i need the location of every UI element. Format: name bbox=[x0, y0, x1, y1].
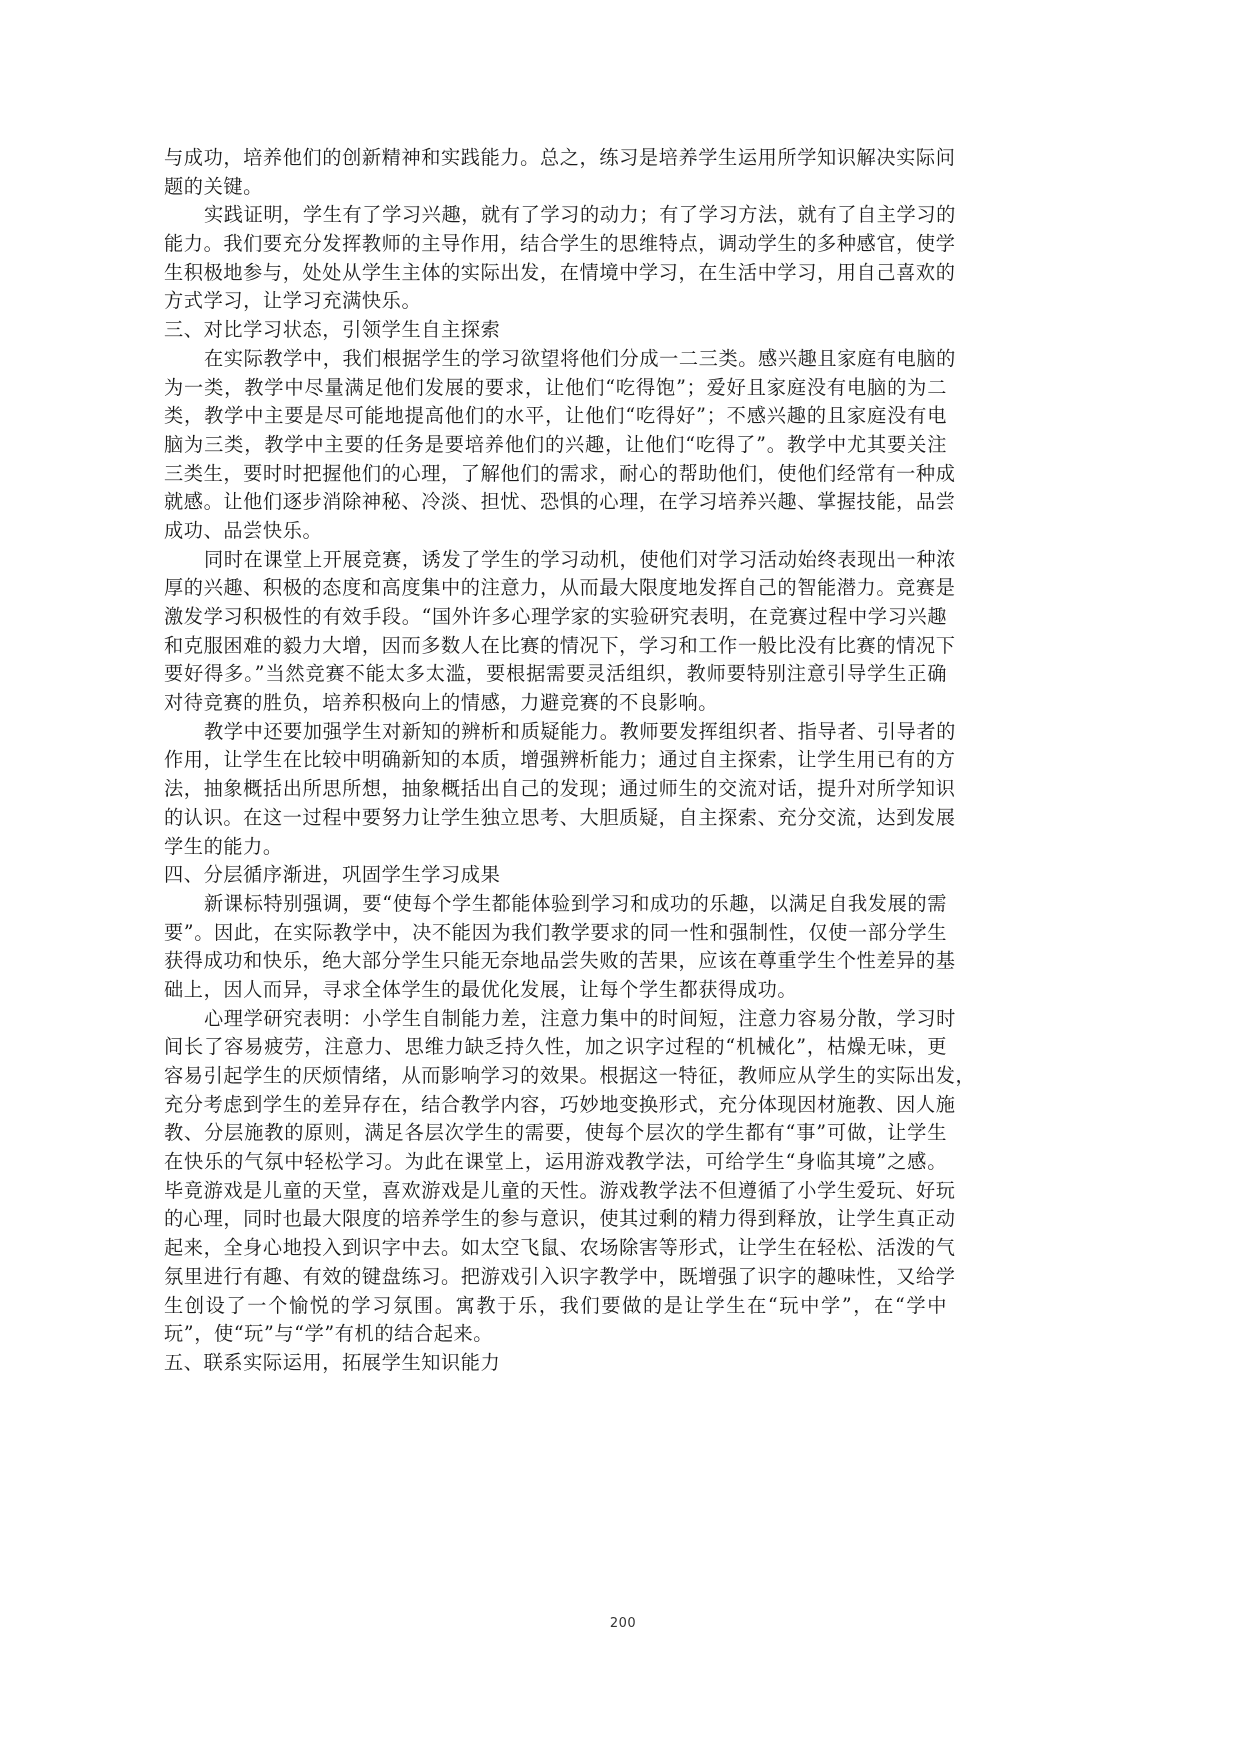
text-line: 方式学习，让学习充满快乐。 bbox=[164, 287, 947, 316]
text-line: 要”。因此，在实际教学中，决不能因为我们教学要求的同一性和强制性，仅使一部分学生 bbox=[164, 919, 947, 948]
text-line: 和克服困难的毅力大增，因而多数人在比赛的情况下，学习和工作一般比没有比赛的情况下 bbox=[164, 632, 947, 661]
text-line: 间长了容易疲劳，注意力、思维力缺乏持久性，加之识字过程的“机械化”，枯燥无味，更 bbox=[164, 1033, 947, 1062]
text-line: 法，抽象概括出所思所想，抽象概括出自己的发现；通过师生的交流对话，提升对所学知识 bbox=[164, 775, 947, 804]
text-line: 充分考虑到学生的差异存在，结合教学内容，巧妙地变换形式，充分体现因材施教、因人施 bbox=[164, 1091, 947, 1120]
text-line: 获得成功和快乐，绝大部分学生只能无奈地品尝失败的苦果，应该在尊重学生个性差异的基 bbox=[164, 947, 947, 976]
text-line: 脑为三类，教学中主要的任务是要培养他们的兴趣，让他们“吃得了”。教学中尤其要关注 bbox=[164, 431, 947, 460]
text-line: 的心理，同时也最大限度的培养学生的参与意识，使其过剩的精力得到释放，让学生真正动 bbox=[164, 1205, 947, 1234]
text-line: 生创设了一个愉悦的学习氛围。寓教于乐，我们要做的是让学生在“玩中学”，在“学中 bbox=[164, 1292, 947, 1321]
text-line: 教、分层施教的原则，满足各层次学生的需要，使每个层次的学生都有“事”可做，让学生 bbox=[164, 1119, 947, 1148]
text-line: 在快乐的气氛中轻松学习。为此在课堂上，运用游戏教学法，可给学生“身临其境”之感。 bbox=[164, 1148, 947, 1177]
text-line: 心理学研究表明：小学生自制能力差，注意力集中的时间短，注意力容易分散，学习时 bbox=[164, 1005, 947, 1034]
section-heading: 三、对比学习状态，引领学生自主探索 bbox=[164, 316, 947, 345]
text-line: 激发学习积极性的有效手段。“国外许多心理学家的实验研究表明，在竞赛过程中学习兴趣 bbox=[164, 603, 947, 632]
text-line: 成功、品尝快乐。 bbox=[164, 517, 947, 546]
text-line: 厚的兴趣、积极的态度和高度集中的注意力，从而最大限度地发挥自己的智能潜力。竞赛是 bbox=[164, 574, 947, 603]
text-line: 础上，因人而异，寻求全体学生的最优化发展，让每个学生都获得成功。 bbox=[164, 976, 947, 1005]
text-line: 毕竟游戏是儿童的天堂，喜欢游戏是儿童的天性。游戏教学法不但遵循了小学生爱玩、好玩 bbox=[164, 1177, 947, 1206]
text-line: 同时在课堂上开展竞赛，诱发了学生的学习动机，使他们对学习活动始终表现出一种浓 bbox=[164, 546, 947, 575]
text-line: 起来，全身心地投入到识字中去。如太空飞鼠、农场除害等形式，让学生在轻松、活泼的气 bbox=[164, 1234, 947, 1263]
text-line: 题的关键。 bbox=[164, 173, 947, 202]
text-line: 要好得多。”当然竞赛不能太多太滥，要根据需要灵活组织，教师要特别注意引导学生正确 bbox=[164, 660, 947, 689]
text-line: 实践证明，学生有了学习兴趣，就有了学习的动力；有了学习方法，就有了自主学习的 bbox=[164, 201, 947, 230]
text-line: 生积极地参与，处处从学生主体的实际出发，在情境中学习，在生活中学习，用自己喜欢的 bbox=[164, 259, 947, 288]
section-heading: 四、分层循序渐进，巩固学生学习成果 bbox=[164, 861, 947, 890]
text-line: 氛里进行有趣、有效的键盘练习。把游戏引入识字教学中，既增强了识字的趣味性，又给学 bbox=[164, 1263, 947, 1292]
text-line: 为一类，教学中尽量满足他们发展的要求，让他们“吃得饱”；爱好且家庭没有电脑的为二 bbox=[164, 374, 947, 403]
text-line: 类，教学中主要是尽可能地提高他们的水平，让他们“吃得好”；不感兴趣的且家庭没有电 bbox=[164, 402, 947, 431]
page-number: 200 bbox=[0, 1616, 1246, 1631]
text-line: 玩”，使“玩”与“学”有机的结合起来。 bbox=[164, 1320, 947, 1349]
text-line: 对待竞赛的胜负，培养积极向上的情感，力避竞赛的不良影响。 bbox=[164, 689, 947, 718]
text-line: 学生的能力。 bbox=[164, 833, 947, 862]
text-line: 在实际教学中，我们根据学生的学习欲望将他们分成一二三类。感兴趣且家庭有电脑的 bbox=[164, 345, 947, 374]
text-line: 能力。我们要充分发挥教师的主导作用，结合学生的思维特点，调动学生的多种感官，使学 bbox=[164, 230, 947, 259]
text-line: 作用，让学生在比较中明确新知的本质，增强辨析能力；通过自主探索，让学生用已有的方 bbox=[164, 746, 947, 775]
text-line: 与成功，培养他们的创新精神和实践能力。总之，练习是培养学生运用所学知识解决实际问 bbox=[164, 144, 947, 173]
text-line: 容易引起学生的厌烦情绪，从而影响学习的效果。根据这一特征，教师应从学生的实际出发… bbox=[164, 1062, 947, 1091]
section-heading: 五、联系实际运用，拓展学生知识能力 bbox=[164, 1349, 947, 1378]
text-line: 三类生，要时时把握他们的心理，了解他们的需求，耐心的帮助他们，使他们经常有一种成 bbox=[164, 460, 947, 489]
document-body: 与成功，培养他们的创新精神和实践能力。总之，练习是培养学生运用所学知识解决实际问… bbox=[164, 144, 947, 1378]
text-line: 新课标特别强调，要“使每个学生都能体验到学习和成功的乐趣，以满足自我发展的需 bbox=[164, 890, 947, 919]
text-line: 就感。让他们逐步消除神秘、冷淡、担忧、恐惧的心理，在学习培养兴趣、掌握技能，品尝 bbox=[164, 488, 947, 517]
text-line: 的认识。在这一过程中要努力让学生独立思考、大胆质疑，自主探索、充分交流，达到发展 bbox=[164, 804, 947, 833]
text-line: 教学中还要加强学生对新知的辨析和质疑能力。教师要发挥组织者、指导者、引导者的 bbox=[164, 718, 947, 747]
